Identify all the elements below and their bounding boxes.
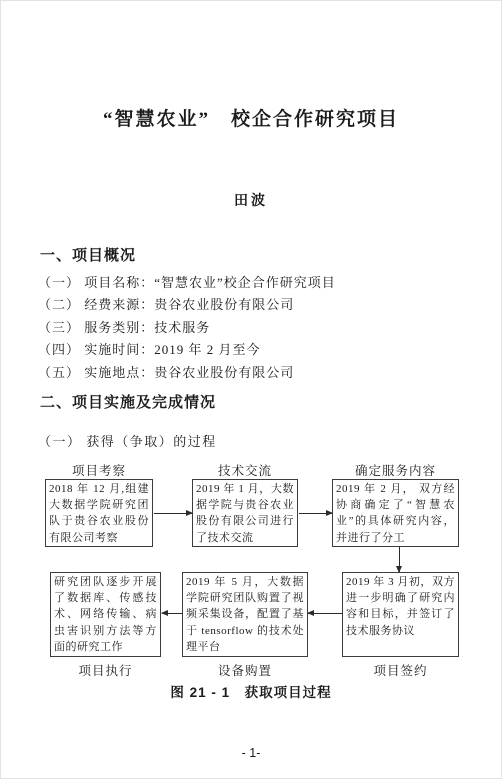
document-title: “智慧农业” 校企合作研究项目 xyxy=(0,104,502,131)
section-2-heading: 二、项目实施及完成情况 xyxy=(40,391,216,412)
figure-caption: 图 21 - 1 获取项目过程 xyxy=(0,681,502,701)
flow-box-confirm-service: 2019 年 2 月， 双方经协商确定了“智慧农业”的具体研究内容，并进行了分工 xyxy=(332,479,459,547)
overview-item-1: （一） 项目名称：“智慧农业”校企合作研究项目 xyxy=(38,272,336,291)
flow-label-tech-exchange: 技术交流 xyxy=(192,461,298,479)
overview-item-2: （二） 经费来源：贵谷农业股份有限公司 xyxy=(38,294,294,313)
section-1-heading: 一、项目概况 xyxy=(40,244,136,265)
document-page: “智慧农业” 校企合作研究项目 田波 一、项目概况 （一） 项目名称：“智慧农业… xyxy=(0,0,502,779)
flow-label-project-execution: 项目执行 xyxy=(50,661,161,679)
arrow-right-icon xyxy=(154,513,192,514)
arrow-left-icon xyxy=(162,613,182,614)
flow-label-confirm-service: 确定服务内容 xyxy=(332,461,459,479)
overview-item-3: （三） 服务类别：技术服务 xyxy=(38,317,210,336)
flow-box-project-execution: 研究团队逐步开展了数据库、传感技术、网络传输、病虫害识别方法等方面的研究工作 xyxy=(50,572,161,657)
flow-label-equipment-purchase: 设备购置 xyxy=(182,661,308,679)
page-number: - 1- xyxy=(0,746,502,760)
arrow-right-icon xyxy=(299,513,332,514)
flow-label-project-signing: 项目签约 xyxy=(342,661,459,679)
flow-box-project-signing: 2019 年 3 月初，双方进一步明确了研究内容和目标，并签订了技术服务协议 xyxy=(342,572,459,657)
flow-box-equipment-purchase: 2019 年 5 月，大数据学院研究团队购置了视频采集设备，配置了基于 tens… xyxy=(182,572,308,657)
arrow-left-icon xyxy=(308,613,342,614)
flow-label-project-survey: 项目考察 xyxy=(45,461,153,479)
overview-item-5: （五） 实施地点：贵谷农业股份有限公司 xyxy=(38,362,294,381)
process-subheading: （一） 获得（争取）的过程 xyxy=(38,431,217,450)
overview-item-4: （四） 实施时间：2019 年 2 月至今 xyxy=(38,339,261,358)
flow-box-project-survey: 2018 年 12 月,组建大数据学院研究团队于贵谷农业股份有限公司考察 xyxy=(45,479,153,547)
arrow-down-icon xyxy=(399,547,400,572)
flow-box-tech-exchange: 2019 年 1 月，大数据学院与贵谷农业股份有限公司进行了技术交流 xyxy=(192,479,298,547)
author-name: 田波 xyxy=(0,190,502,210)
